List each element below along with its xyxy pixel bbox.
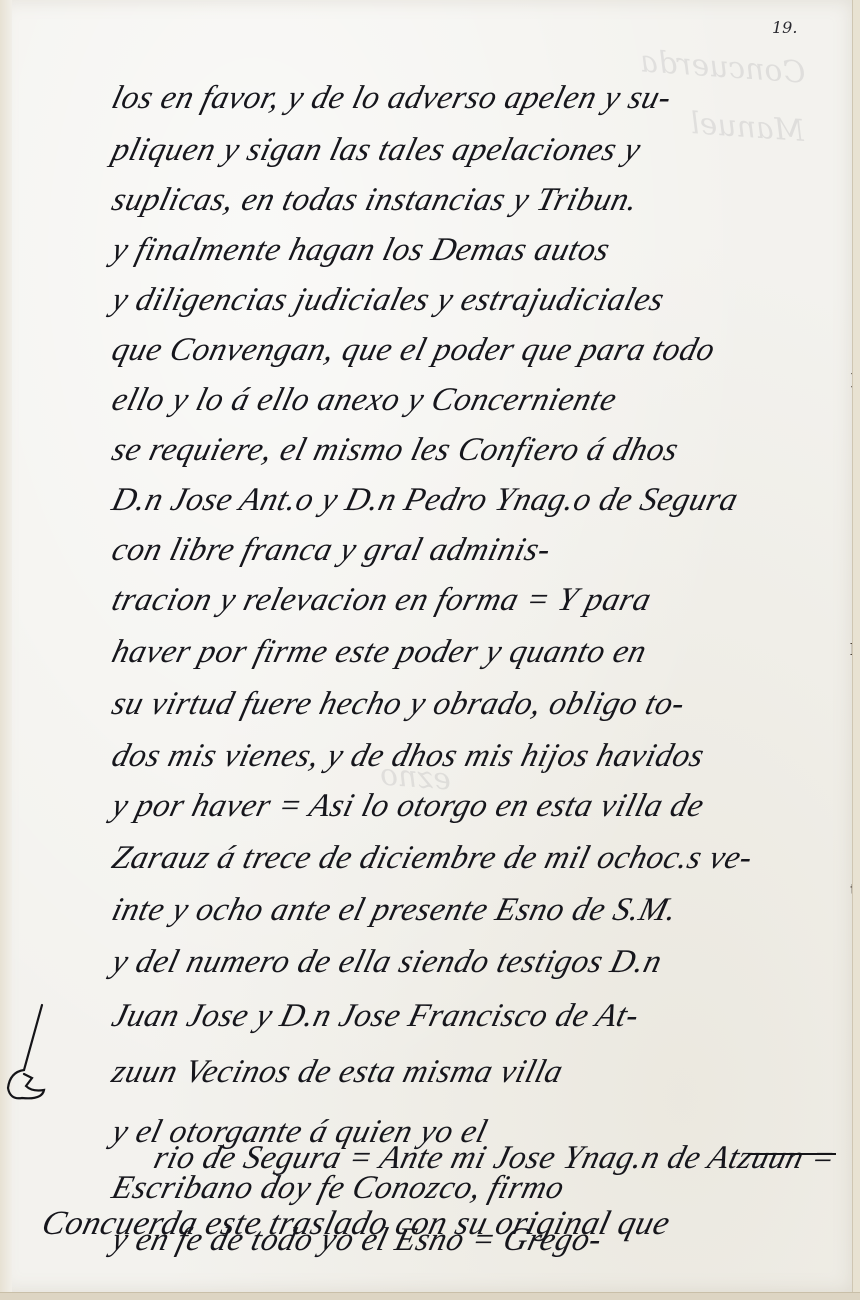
text-line: y del numero de ella siendo testigos D.n (108, 944, 666, 981)
page-bottom-edge (0, 1292, 860, 1300)
signature-rule (738, 1148, 838, 1160)
bleed-through-text: Manuel (689, 106, 806, 149)
text-line: que Convengan, que el poder que para tod… (108, 332, 719, 369)
text-line: los en favor, y de lo adverso apelen y s… (108, 80, 675, 117)
text-line: con libre franca y gral adminis- (108, 532, 555, 569)
text-line: se requiere, el mismo les Confiero á dho… (108, 432, 682, 469)
text-line: ello y lo á ello anexo y Concerniente (108, 382, 620, 419)
text-line: Juan Jose y D.n Jose Francisco de At- (108, 998, 643, 1035)
text-line: haver por firme este poder y quanto en (108, 634, 650, 671)
text-line: inte y ocho ante el presente Esno de S.M… (108, 892, 681, 929)
text-line: y por haver = Asi lo otorgo en esta vill… (108, 788, 708, 825)
text-line: zuun Vecinos de esta misma villa (108, 1054, 567, 1091)
manuscript-page: Concuerda Manuel ezno 19. los en favor, … (0, 0, 852, 1292)
adjacent-page-edge (852, 0, 860, 1300)
text-line: suplicas, en todas instancias y Tribun. (108, 182, 642, 219)
text-line: dos mis vienes, y de dhos mis hijos havi… (108, 738, 708, 775)
text-line: D.n Jose Ant.o y D.n Pedro Ynag.o de Seg… (108, 482, 742, 519)
text-line: Zarauz á trece de diciembre de mil ochoc… (108, 840, 756, 877)
text-line: su virtud fuere hecho y obrado, obligo t… (108, 686, 689, 723)
margin-flourish-icon (2, 1000, 52, 1110)
text-line-closing: Concuerda este traslado con su original … (38, 1205, 674, 1243)
text-line: y finalmente hagan los Demas autos (108, 232, 614, 269)
text-line: y diligencias judiciales y estrajudicial… (108, 282, 668, 319)
folio-number: 19. (772, 18, 797, 37)
text-line: tracion y relevacion en forma = Y para (108, 582, 655, 619)
text-line-signature: rio de Segura = Ante mi Jose Ynag.n de A… (150, 1140, 839, 1177)
text-line: pliquen y sigan las tales apelaciones y (108, 132, 644, 169)
